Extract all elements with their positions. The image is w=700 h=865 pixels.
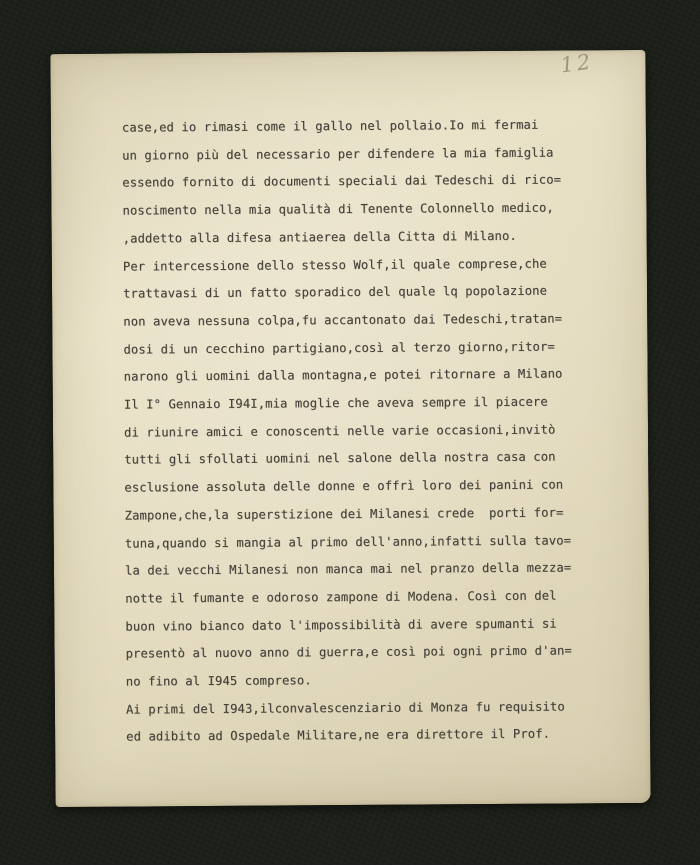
text-line: Il I° Gennaio I94I,mia moglie che aveva … <box>124 388 594 419</box>
text-line: tuna,quando si mangia al primo dell'anno… <box>125 527 595 558</box>
dark-backdrop: 12 case,ed io rimasi come il gallo nel p… <box>0 0 700 865</box>
text-line: Ai primi del I943,ilconvalescenziario di… <box>126 693 596 724</box>
text-line: buon vino bianco dato l'impossibilità di… <box>125 610 595 641</box>
text-line: narono gli uomini dalla montagna,e potei… <box>124 361 594 392</box>
text-line: case,ed io rimasi come il gallo nel poll… <box>122 111 592 142</box>
text-line: essendo fornito di documenti speciali da… <box>122 167 592 198</box>
text-line: un giorno più del necessario per difende… <box>122 139 592 170</box>
text-line: noscimento nella mia qualità di Tenente … <box>122 194 592 225</box>
text-line: Zampone,che,la superstizione dei Milanes… <box>125 499 595 530</box>
text-line: dosi di un cecchino partigiano,così al t… <box>123 333 593 364</box>
text-line: Per intercessione dello stesso Wolf,il q… <box>123 250 593 281</box>
typewritten-page: 12 case,ed io rimasi come il gallo nel p… <box>50 50 650 807</box>
text-line: tutti gli sfollati uomini nel salone del… <box>124 444 594 475</box>
text-line: ,addetto alla difesa antiaerea della Cit… <box>123 222 593 253</box>
text-line: di riunire amici e conoscenti nelle vari… <box>124 416 594 447</box>
text-line: la dei vecchi Milanesi non manca mai nel… <box>125 555 595 586</box>
text-line: no fino al I945 compreso. <box>126 665 596 696</box>
text-line: ed adibito ad Ospedale Militare,ne era d… <box>126 721 596 752</box>
text-line: trattavasi di un fatto sporadico del qua… <box>123 278 593 309</box>
handwritten-page-number: 12 <box>559 49 595 77</box>
text-line: non aveva nessuna colpa,fu accantonato d… <box>123 305 593 336</box>
text-line: notte il fumante e odoroso zampone di Mo… <box>125 582 595 613</box>
text-line: presentò al nuovo anno di guerra,e così … <box>125 638 595 669</box>
typewritten-text-block: case,ed io rimasi come il gallo nel poll… <box>122 111 596 751</box>
text-line: esclusione assoluta delle donne e offrì … <box>124 471 594 502</box>
